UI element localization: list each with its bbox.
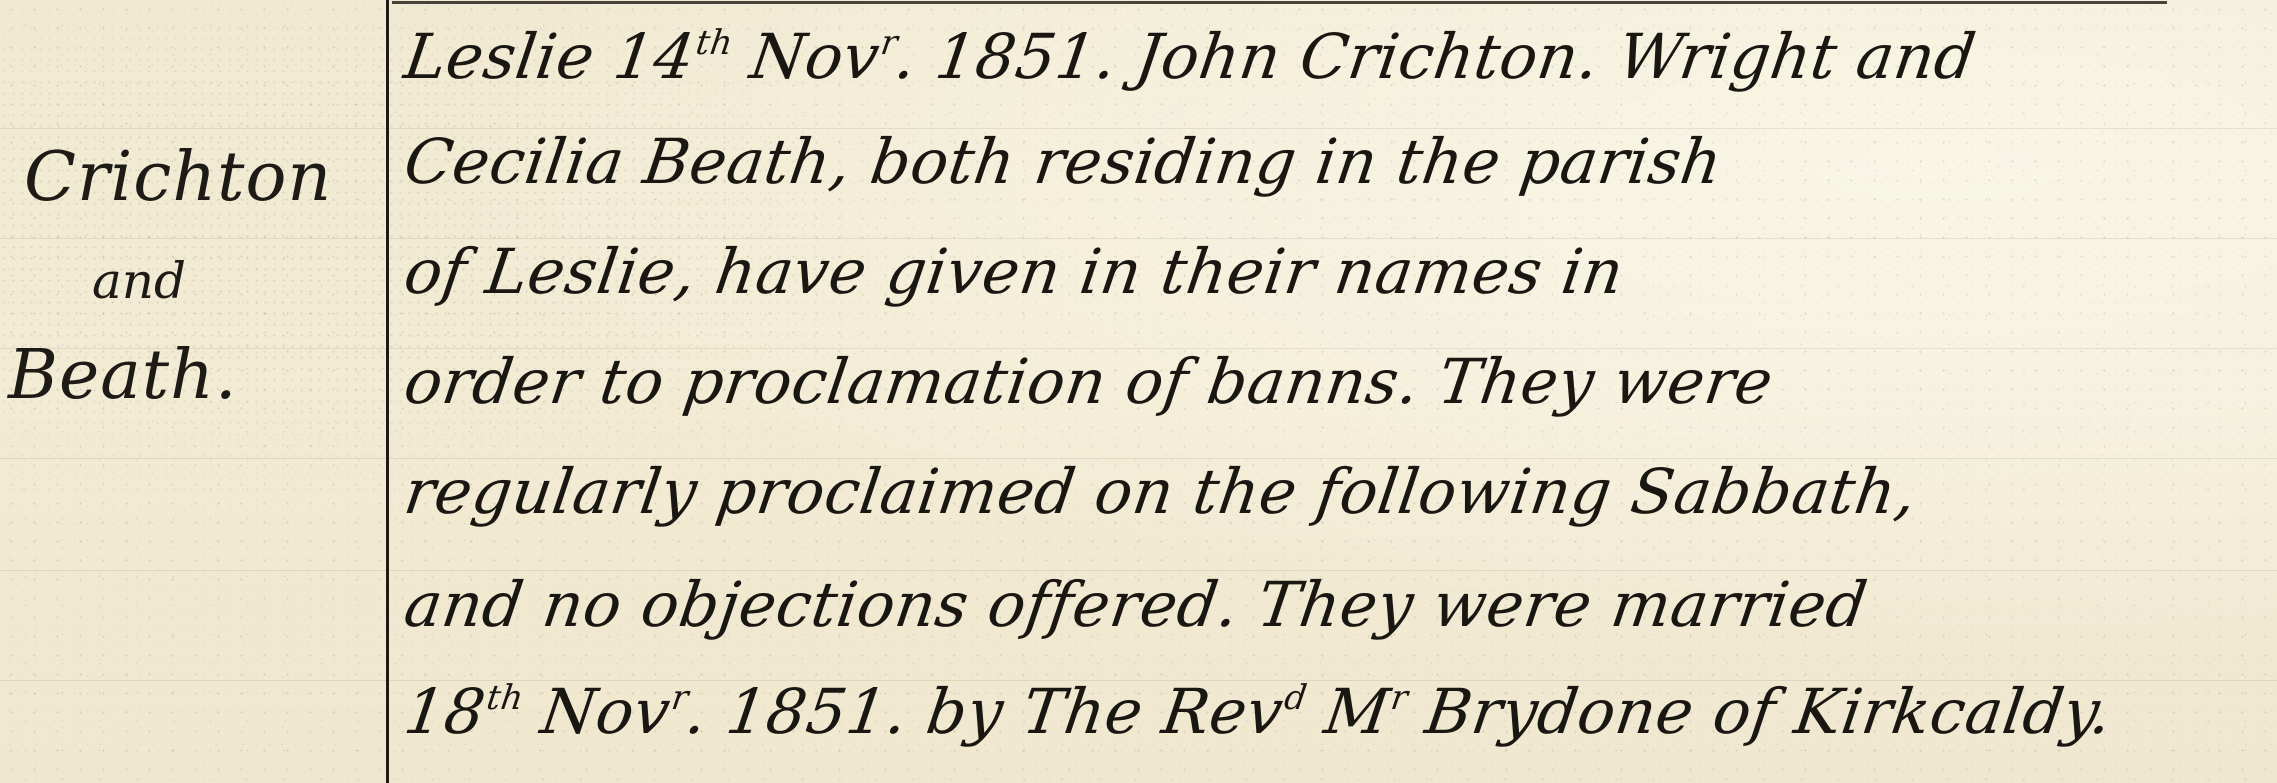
entry-text: . 1851. John Crichton. Wright and xyxy=(891,20,1981,93)
entry-text: Nov xyxy=(726,20,885,93)
entry-column: Leslie 14th Novr. 1851. John Crichton. W… xyxy=(392,0,2277,783)
entry-line-6: and no objections offered. They were mar… xyxy=(400,568,1872,641)
margin-surname-bride: Beath. xyxy=(8,336,238,415)
entry-line-2: Cecilia Beath, both residing in the pari… xyxy=(400,125,1727,198)
entry-text: Leslie 14 xyxy=(400,20,699,93)
margin-surname-groom: Crichton xyxy=(24,138,332,217)
register-page: Crichton and Beath. Leslie 14th Novr. 18… xyxy=(0,0,2277,783)
entry-text: of Leslie, have given in their names in xyxy=(400,235,1628,308)
entry-text: 18 xyxy=(400,675,490,748)
entry-line-4: order to proclamation of banns. They wer… xyxy=(400,345,1778,418)
entry-text: . 1851. by The Rev xyxy=(682,675,1288,748)
margin-column: Crichton and Beath. xyxy=(0,0,386,783)
entry-line-1: Leslie 14th Novr. 1851. John Crichton. W… xyxy=(400,20,1980,93)
entry-line-5: regularly proclaimed on the following Sa… xyxy=(400,455,1921,528)
entry-text: Cecilia Beath, both residing in the pari… xyxy=(400,125,1727,198)
entry-text: Brydone of Kirkcaldy. xyxy=(1401,675,2117,748)
superscript: th xyxy=(693,23,735,63)
entry-line-3: of Leslie, have given in their names in xyxy=(400,235,1628,308)
entry-line-7: 18th Novr. 1851. by The Revd Mr Brydone … xyxy=(400,675,2116,748)
entry-text: regularly proclaimed on the following Sa… xyxy=(400,455,1921,528)
entry-text: and no objections offered. They were mar… xyxy=(400,568,1872,641)
entry-text: Nov xyxy=(516,675,675,748)
margin-column-divider xyxy=(386,0,389,783)
margin-conjunction: and xyxy=(92,252,186,310)
entry-text: M xyxy=(1300,675,1394,748)
entry-text: order to proclamation of banns. They wer… xyxy=(400,345,1778,418)
